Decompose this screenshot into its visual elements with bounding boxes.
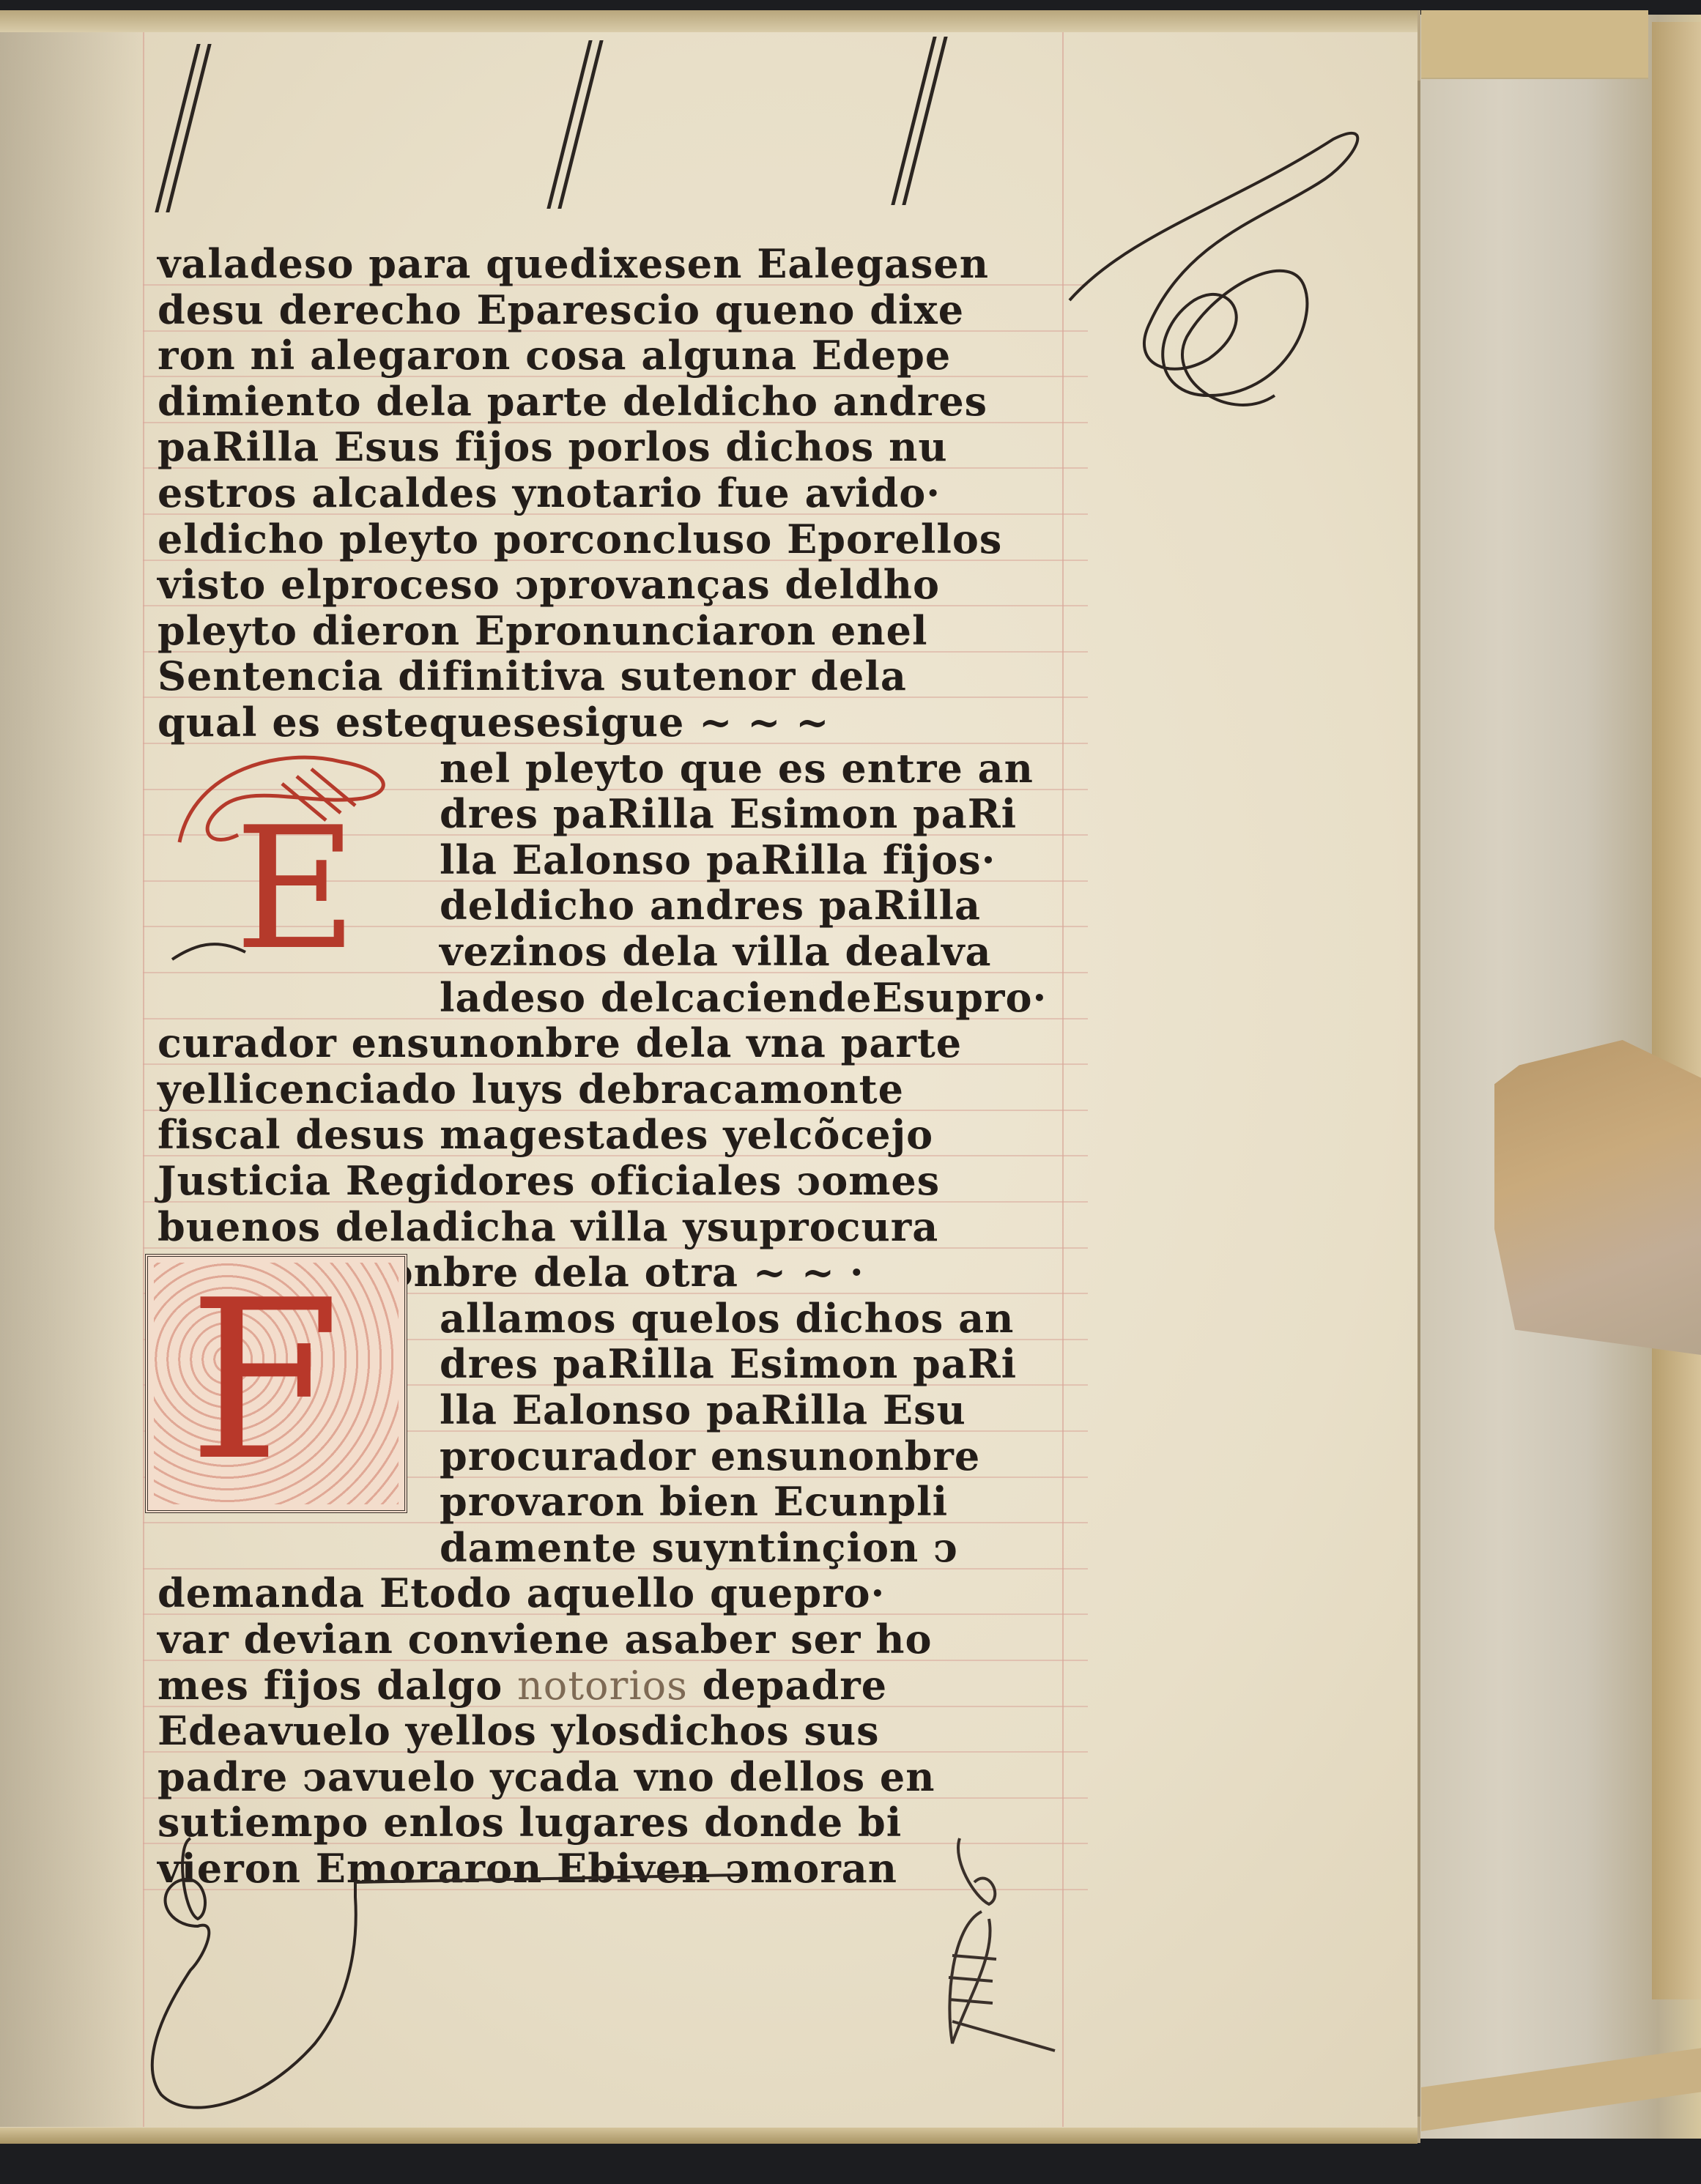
manuscript-line: Sentencia difinitiva sutenor dela (157, 654, 907, 698)
manuscript-line: var devian conviene asaber ser ho (157, 1617, 933, 1661)
manuscript-line: nel pleyto que es entre an (440, 746, 1034, 790)
manuscript-line: Justicia Regidores oficiales ↄomes (157, 1159, 940, 1203)
manuscript-line: deldicho andres paRilla (440, 883, 981, 927)
manuscript-line: dres paRilla Esimon paRi (440, 792, 1017, 836)
cover-fore-edge (1652, 22, 1701, 1999)
ruling-left-margin (143, 32, 144, 2127)
manuscript-line: buenos deladicha villa ysuprocura (157, 1205, 938, 1249)
illuminated-initial-f: F (145, 1254, 407, 1513)
manuscript-line: damente suyntinçion ↄ (440, 1526, 958, 1570)
manuscript-line: valadeso para quedixesen Ealegasen (157, 242, 989, 286)
page-top-edge (0, 10, 1417, 32)
manuscript-line: paRilla Esus fijos porlos dichos nu (157, 425, 948, 469)
manuscript-line: lla Ealonso paRilla Esu (440, 1388, 966, 1432)
manuscript-line: yellicenciado luys debracamonte (157, 1067, 904, 1111)
manuscript-line: pleyto dieron Epronunciaron enel (157, 609, 928, 653)
manuscript-line: mes fijos dalgo notorios depadre (157, 1663, 887, 1708)
manuscript-line: Edeavuelo yellos ylosdichos sus (157, 1709, 880, 1753)
manuscript-line: demanda Etodo aquello queprο· (157, 1571, 885, 1615)
spine-crease (1417, 81, 1420, 2117)
leather-clasp-tab (1494, 1040, 1701, 1355)
manuscript-line: qual es estequesesigue ~ ~ ~ (157, 700, 830, 744)
bottom-right-signature (908, 1824, 1084, 2065)
manuscript-line: lla Ealonso paRilla fijos· (440, 838, 996, 882)
margin-rubric-flourish (1040, 117, 1377, 469)
manuscript-line: provaron bien Ecunpli (440, 1479, 948, 1523)
manuscript-line: estros alcaldes ynotario fue avido· (157, 471, 941, 515)
manuscript-line: padre ↄavuelo ycada vno dellos en (157, 1755, 935, 1799)
faded-word: notorios (517, 1663, 688, 1709)
manuscript-line: dres paRilla Esimon paRi (440, 1342, 1017, 1386)
manuscript-line: curador ensunonbre dela vna parte (157, 1021, 962, 1065)
initial-letter: E (234, 806, 357, 974)
manuscript-line: ron ni alegaron cosa alguna Edepe (157, 333, 951, 377)
bottom-left-rubric (132, 1824, 498, 2117)
manuscript-line: visto elproceso ↄprovanças deldho (157, 562, 940, 606)
manuscript-line: allamos quelos dichos an (440, 1296, 1014, 1340)
cover-top-flap (1421, 10, 1648, 79)
initial-letter: F (188, 1271, 341, 1491)
manuscript-line: desu derecho Eparescio queno dixe (157, 288, 964, 332)
gutter-shadow (0, 32, 147, 2127)
manuscript-line: dimiento dela parte deldicho andres (157, 379, 987, 423)
manuscript-line: vezinos dela villa dealva (440, 929, 992, 973)
manuscript-line: ladeso delcaciendeEsupro· (440, 976, 1047, 1019)
manuscript-line: eldicho pleyto porconcluso Eporellos (157, 517, 1002, 561)
manuscript-line: fiscal desus magestades yelcõcejo (157, 1113, 933, 1156)
illuminated-initial-e: E (165, 740, 407, 981)
page-bottom-edge (0, 2128, 1417, 2144)
manuscript-line: procurador ensunonbre (440, 1434, 980, 1478)
